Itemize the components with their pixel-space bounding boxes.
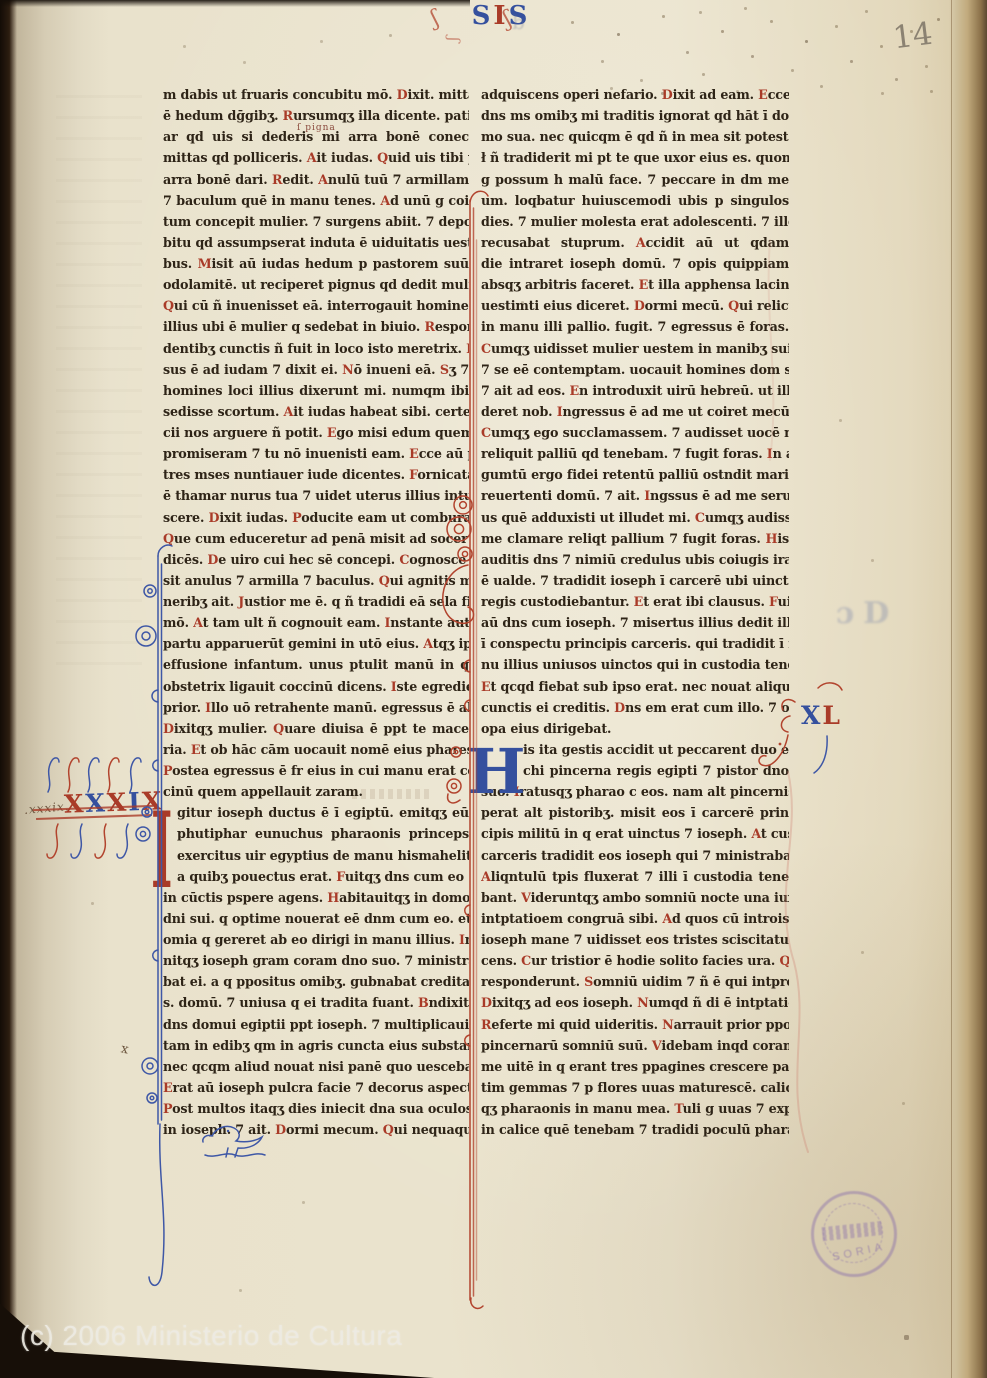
text-line: intptatioem congruā sibi. Ad quos cū int… [481,908,789,929]
text-line: bant. Videruntqʒ ambo somniū nocte una i… [481,887,789,908]
text-line: aū dns cum ioseph. 7 misertus illius ded… [481,612,789,633]
text-line: dicēs. De uiro cui hec sē concepi. Cogno… [163,549,469,570]
text-line: Cumqʒ uidisset mulier uestem in manibʒ s… [481,338,789,359]
text-column-right: adquiscens operi nefario. Dixit ad eam. … [481,84,789,1140]
text-line: dni sui. q optime nouerat eē dnm cum eo.… [163,908,469,929]
library-stamp: SORIA [811,1191,897,1277]
binding-gutter-edge [0,0,17,1378]
text-line: 7 ait ad eos. En introduxit uirū hebreū.… [481,380,789,401]
text-line: pincernarū somniū suū. Videbam inqd cora… [481,1035,789,1056]
text-line: us quē adduxisti ut illudet mi. Cumqʒ au… [481,507,789,528]
text-line: ł ñ tradiderit mi pt te que uxor eius es… [481,147,789,168]
text-line: dentibʒ cunctis ñ fuit in loco isto mere… [163,338,469,359]
verso-show-through [56,95,142,675]
text-column-left: m dabis ut fruaris concubitu mō. Dixit. … [163,84,469,1140]
text-line: scere. Dixit iudas. Poducite eam ut comb… [163,507,469,528]
text-line: ria. Et ob hāc cām uocauit nomē eius pha… [163,739,469,760]
text-line: gumtū ergo fidei retentū palliū ostndit … [481,464,789,485]
text-line: opa eius dirigebat. [481,718,789,739]
show-through-letters: ɔD [836,596,898,631]
interlinear-gloss: ſ pigna [297,123,336,133]
text-line: cens. Cur tristior ē hodie solito facies… [481,950,789,971]
text-line: Et qcqd fiebat sub ipso erat. nec nouat … [481,676,789,697]
text-line: recusabat stuprum. Accidit aū ut qdam [481,232,789,253]
text-line: Que cum educeretur ad penā misit ad soce… [163,528,469,549]
text-line: uestimti eius diceret. Dormi mecū. Qui r… [481,295,789,316]
text-line: die intraret ioseph domū. 7 opis quippia… [481,253,789,274]
text-line: mittas qd polliceris. Ait iudas. Quid ui… [163,147,469,168]
text-line: Erat aū ioseph pulcra facie 7 decorus as… [163,1077,469,1098]
text-line: tim gemmas 7 p flores uuas maturescē. ca… [481,1077,789,1098]
text-line: cii nos arguere ñ potit. Ego misi edum q… [163,422,469,443]
text-line: Cumqʒ ego succlamassem. 7 audisset uocē … [481,422,789,443]
text-line: in cūctis pspere agens. Habitauitqʒ in d… [163,887,469,908]
margin-mark: x [120,1041,130,1057]
text-line: reliquit palliū qd tenebam. 7 fugit fora… [481,443,789,464]
running-title-genesis: SIS [441,1,561,31]
text-line: ioseph mane 7 uidisset eos tristes scisc… [481,929,789,950]
text-line: Dixitqʒ mulier. Quare diuisa ē ppt te ma… [163,718,469,739]
text-line: auditis dns 7 nimiū credulus ubis coiugi… [481,549,789,570]
manuscript-page: ɔD SIS ʃ ʃ ʃ b 14 m dabis ut fruaris con… [0,0,987,1378]
text-line: chi pincerna regis egipti 7 pistor dno [481,760,789,781]
text-line: sedisse scortum. Ait iudas habeat sibi. … [163,401,469,422]
colored-letter: X [801,701,822,730]
title-offset-ghost: b [512,10,525,34]
text-line: carceris tradidit eos ioseph qui 7 minis… [481,845,789,866]
colored-letter: S [472,1,494,31]
text-line: omia q gereret ab eo dirigi in manu illi… [163,929,469,950]
text-line: nu illius uniusos uinctos qui in custodi… [481,654,789,675]
text-line: gitur ioseph ductus ē ī egiptū. emitqʒ e… [163,802,469,823]
text-line: g possum h malū face. 7 peccare in dm me [481,169,789,190]
text-line: phutiphar eunuchus pharaonis princeps [163,823,469,844]
text-line: sit anulus 7 armilla 7 baculus. Qui agni… [163,570,469,591]
text-line: ē thamar nurus tua 7 uidet uterus illius… [163,485,469,506]
text-line: dns domui egiptii ppt ioseph. 7 multipli… [163,1014,469,1035]
text-line: me clamare reliqt pallium 7 fugit foras.… [481,528,789,549]
text-line: absqʒ arbitris faceret. Et illa apphensa… [481,274,789,295]
folio-number: 14 [891,16,935,57]
illuminated-initial-H: H [467,741,526,803]
text-line: Referte mi quid uideritis. Narrauit prio… [481,1014,789,1035]
text-line: qʒ pharaonis in manu mea. Tuli g uuas 7 … [481,1098,789,1119]
text-line: m dabis ut fruaris concubitu mō. Dixit. … [163,84,469,105]
text-line: Dixitqʒ ad eos ioseph. Numqd ñ di ē intp… [481,992,789,1013]
text-line: illius ubi ē mulier q sedebat in biuio. … [163,316,469,337]
text-line: obstetrix ligauit coccinū dicens. Iste e… [163,676,469,697]
text-line: Postea egressus ē fr eius in cui manu er… [163,760,469,781]
text-line: perat alt pistoribʒ. misit eos ī carcerē… [481,802,789,823]
text-line: um. loqbatur huiuscemodi ubis p singulos [481,190,789,211]
colored-letter: L [822,701,842,730]
text-line: nec qcqm aliud nouat nisi panē quo uesce… [163,1056,469,1077]
text-line: Post multos itaqʒ dies iniecit dna sua o… [163,1098,469,1119]
text-line: in ioseph. 7 ait. Dormi mecum. Qui nequa… [163,1119,469,1140]
photo-top-edge [0,0,470,7]
text-line: in calice quē tenebam 7 tradidi poculū p… [481,1119,789,1140]
text-line: s. domū. 7 uniusa q ei tradita fuant. Bn… [163,992,469,1013]
text-line: homines loci illius dixerunt mi. numqm i… [163,380,469,401]
text-line: ē ualde. 7 tradidit ioseph ī carcerē ubi… [481,570,789,591]
book-fore-edge [949,0,987,1378]
text-line: mō. At tam ult ñ cognouit eam. Instante … [163,612,469,633]
text-line: suo. Iratusqʒ pharao c eos. nam alt pinc… [481,781,789,802]
text-line: bitu qd assumpserat induta ē uiduitatis … [163,232,469,253]
text-line: odolamitē. ut reciperet pignus qd dedit … [163,274,469,295]
text-line: me uitē in q erant tres ppagines crescer… [481,1056,789,1077]
text-line: responderunt. Somniū uidim 7 ñ ē qui int… [481,971,789,992]
text-line: is ita gestis accidit ut peccarent duo e… [481,739,789,760]
text-line: exercitus uir egyptius de manu hismaheli… [163,845,469,866]
chapter-numeral-xl: XL [801,701,842,730]
text-line: promiseram 7 tu nō inuenisti eam. Ecce a… [163,443,469,464]
text-line: deret nob. Ingressus ē ad me ut coiret m… [481,401,789,422]
colored-letter: X [106,788,128,818]
copyright-watermark: (c) 2006 Ministerio de Cultura [20,1320,402,1352]
text-line: mo sua. nec quicqm ē qd ñ in mea sit pot… [481,126,789,147]
text-line: neribʒ ait. Justior me ē. q ñ tradidi eā… [163,591,469,612]
text-line: tres mses nuntiauer iude dicentes. Forni… [163,464,469,485]
text-line: cunctis ei creditis. Dns em erat cum ill… [481,697,789,718]
text-line: partu apparuerūt gemini in utō eius. Atq… [163,633,469,654]
text-line: 7 baculum quē in manu tenes. Ad unū g co… [163,190,469,211]
text-line: regis custodiebantur. Et erat ibi clausu… [481,591,789,612]
text-line: cinū quem appellauit zaram. [163,781,469,802]
text-line: cipis militū in q erat uinctus 7 ioseph.… [481,823,789,844]
text-line: sus ē ad iudam 7 dixit ei. Nō inueni eā.… [163,359,469,380]
text-line: Aliqntulū tpis fluxerat 7 illi ī custodi… [481,866,789,887]
text-line: bus. Misit aū iudas hedum p pastorem suū [163,253,469,274]
text-line: prior. Illo uō retrahente manū. egressus… [163,697,469,718]
colored-letter: X [64,789,86,819]
text-line: tum concepit mulier. 7 surgens abiit. 7 … [163,211,469,232]
colored-letter: X [85,788,107,818]
page-edge-seam [951,0,952,1378]
text-line: tam in edibʒ qm in agris cuncta eius sub… [163,1035,469,1056]
title-flourish-left-icon: ʃ [428,6,441,32]
text-line: 7 se eē contemptam. uocauit homines dom … [481,359,789,380]
text-line: Qui cū ñ inuenisset eā. interrogauit hom… [163,295,469,316]
text-line: dies. 7 mulier molesta erat adolescenti.… [481,211,789,232]
text-line: in manu illi pallio. fugit. 7 egressus ē… [481,316,789,337]
text-line: reuertenti domū. 7 ait. Ingssus ē ad me … [481,485,789,506]
text-line: nitqʒ ioseph gram coram dno suo. 7 minis… [163,950,469,971]
text-line: arra bonē dari. Redit. Anulū tuū 7 armil… [163,169,469,190]
parchment-speckles [0,0,1,1]
illuminated-initial-I: I [151,799,172,904]
colored-letter: I [128,787,143,816]
title-flourish-under-icon: ʃ [444,36,463,44]
text-line: adquiscens operi nefario. Dixit ad eam. … [481,84,789,105]
text-line: effusione infantum. unus ptulit manū in … [163,654,469,675]
text-line: bat ei. a q ppositus omibʒ. gubnabat cre… [163,971,469,992]
text-line: dns ms omibʒ mi traditis ignorat qd hāt … [481,105,789,126]
text-line: a quibʒ pouectus erat. Fuitqʒ dns cum eo… [163,866,469,887]
text-line: ī conspectu principis carceris. qui trad… [481,633,789,654]
